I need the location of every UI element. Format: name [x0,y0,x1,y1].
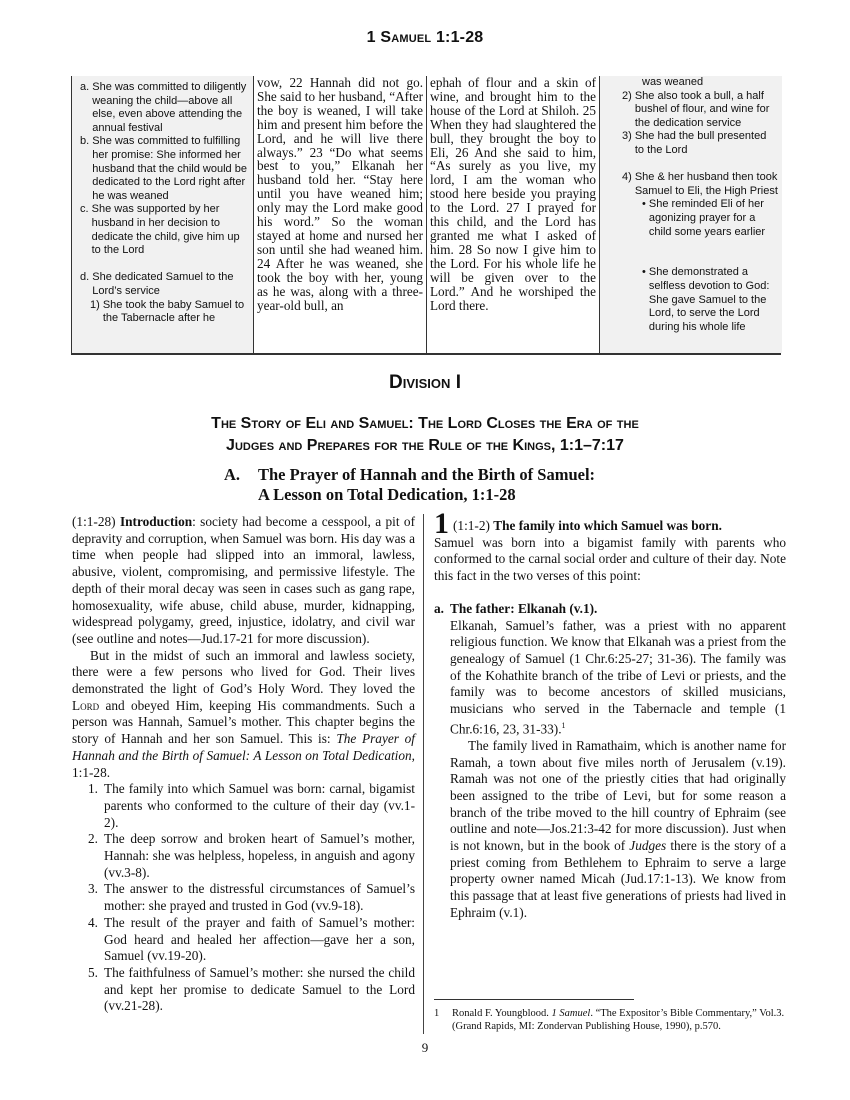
division-title: Division I [389,372,461,393]
outline-bullet: • She reminded Eli of her agonizing pray… [606,198,778,239]
outline-item: a. She was committed to diligently weani… [80,81,249,135]
running-head: 1 Samuel 1:1-28 [0,29,850,47]
outline-point: 1.The family into which Samuel was born:… [72,781,415,831]
outline-marker: a. [80,81,92,135]
bullet-icon: • [642,266,649,334]
section-title-line-2: A Lesson on Total Dedication, 1:1-28 [258,485,595,505]
scripture-column-1: vow, 22 Hannah did not go. She said to h… [254,76,427,353]
sub-point-letter: a. [434,601,450,618]
outline-marker: 4) [622,171,635,198]
bullet-icon: • [642,198,649,239]
footnote-separator [434,999,634,1000]
point-intro: Samuel was born into a bigamist family w… [434,535,786,585]
right-outline-column: was weaned 2) She also took a bull, a ha… [600,76,782,353]
footnote-text: Ronald F. Youngblood. 1 Samuel. “The Exp… [452,1007,786,1033]
outline-item: 1) She took the baby Samuel to the Taber… [80,299,249,326]
section-letter: A. [224,465,258,505]
point-number: 5. [72,965,104,1015]
point-text: The answer to the distressful circumstan… [104,881,415,914]
point-heading: 1(1:1-2) The family into which Samuel wa… [434,514,786,535]
outline-marker: c. [80,203,92,257]
outline-text: She also took a bull, a half bushel of f… [635,90,778,131]
point-number: 1. [72,781,104,831]
sub-point-body: Elkanah, Samuel’s father, was a priest w… [434,618,786,922]
footnote: 1 Ronald F. Youngblood. 1 Samuel. “The E… [434,1007,786,1033]
point-reference: (1:1-2) [453,518,493,533]
ramathaim-paragraph: The family lived in Ramathaim, which is … [450,738,786,922]
left-outline-column: a. She was committed to diligently weani… [72,76,254,353]
outline-item: 4) She & her husband then took Samuel to… [606,171,778,198]
introduction-column: (1:1-28) Introduction: society had becom… [72,514,415,1015]
outline-text: was weaned [642,76,778,90]
section-heading: A. The Prayer of Hannah and the Birth of… [224,465,644,505]
outline-item: c. She was supported by her husband in h… [80,203,249,257]
point-text: The result of the prayer and faith of Sa… [104,915,415,965]
division-heading: Division I [0,372,850,394]
story-title: The Story of Eli and Samuel: The Lord Cl… [0,413,850,457]
outline-points-list: 1.The family into which Samuel was born:… [72,781,415,1015]
footnote-author: Ronald F. Youngblood. [452,1008,552,1019]
outline-text: She had the bull presented to the Lord [635,130,778,157]
outline-scripture-table: a. She was committed to diligently weani… [71,76,781,355]
outline-item: d. She dedicated Samuel to the Lord’s se… [80,271,249,298]
footnote-book-title: 1 Samuel [552,1008,591,1019]
point-number: 4. [72,915,104,965]
sub-point-title: The father: Elkanah (v.1). [450,601,597,618]
paragraph-text: Elkanah, Samuel’s father, was a priest w… [450,618,786,737]
intro-reference: (1:1-28) [72,514,120,529]
outline-item: 2) She also took a bull, a half bushel o… [606,90,778,131]
running-head-text: 1 Samuel 1:1-28 [367,29,484,46]
lord-small-caps: Lord [72,698,99,713]
paragraph-text: The family lived in Ramathaim, which is … [450,738,786,853]
section-title-line-1: The Prayer of Hannah and the Birth of Sa… [258,465,595,485]
page-number: 9 [0,1040,850,1056]
point-number: 3. [72,881,104,914]
outline-text: She took the baby Samuel to the Tabernac… [103,299,249,326]
sub-point-heading: a.The father: Elkanah (v.1). [434,601,786,618]
intro-text: : society had become a cesspool, a pit o… [72,514,415,646]
outline-marker: d. [80,271,92,298]
commentary-column: 1(1:1-2) The family into which Samuel wa… [434,514,786,922]
outline-marker: 3) [622,130,635,157]
column-divider [423,514,424,1034]
outline-text: She reminded Eli of her agonizing prayer… [649,198,778,239]
paragraph-text: But in the midst of such an immoral and … [72,648,415,696]
footnote-number: 1 [434,1007,452,1033]
story-title-line-2: Judges and Prepares for the Rule of the … [0,435,850,457]
outline-item: was weaned [606,76,778,90]
outline-marker: 1) [90,299,103,326]
point-title: The family into which Samuel was born. [493,518,722,533]
outline-text: She was supported by her husband in her … [92,203,249,257]
outline-marker: 2) [622,90,635,131]
point-text: The family into which Samuel was born: c… [104,781,415,831]
outline-text: She dedicated Samuel to the Lord’s servi… [92,271,249,298]
point-text: The faithfulness of Samuel’s mother: she… [104,965,415,1015]
hannah-paragraph: But in the midst of such an immoral and … [72,648,415,782]
outline-marker: b. [80,135,92,203]
outline-point: 2.The deep sorrow and broken heart of Sa… [72,831,415,881]
point-text: The deep sorrow and broken heart of Samu… [104,831,415,881]
outline-bullet: • She demonstrated a selfless devotion t… [606,266,778,334]
outline-point: 4.The result of the prayer and faith of … [72,915,415,965]
outline-point: 3.The answer to the distressful circumst… [72,881,415,914]
outline-text: She demonstrated a selfless devotion to … [649,266,778,334]
outline-point: 5.The faithfulness of Samuel’s mother: s… [72,965,415,1015]
footnote-reference[interactable]: 1 [562,721,566,730]
scripture-column-2: ephah of flour and a skin of wine, and b… [427,76,600,353]
outline-text: She & her husband then took Samuel to El… [635,171,778,198]
outline-item: b. She was committed to fulfilling her p… [80,135,249,203]
point-number: 2. [72,831,104,881]
introduction-paragraph: (1:1-28) Introduction: society had becom… [72,514,415,648]
outline-item: 3) She had the bull presented to the Lor… [606,130,778,157]
outline-text: She was committed to fulfilling her prom… [92,135,249,203]
intro-label: Introduction [120,514,192,529]
outline-text: She was committed to diligently weaning … [92,81,249,135]
book-title-italic: Judges [629,838,666,853]
story-title-line-1: The Story of Eli and Samuel: The Lord Cl… [0,413,850,435]
elkanah-paragraph: Elkanah, Samuel’s father, was a priest w… [450,618,786,738]
